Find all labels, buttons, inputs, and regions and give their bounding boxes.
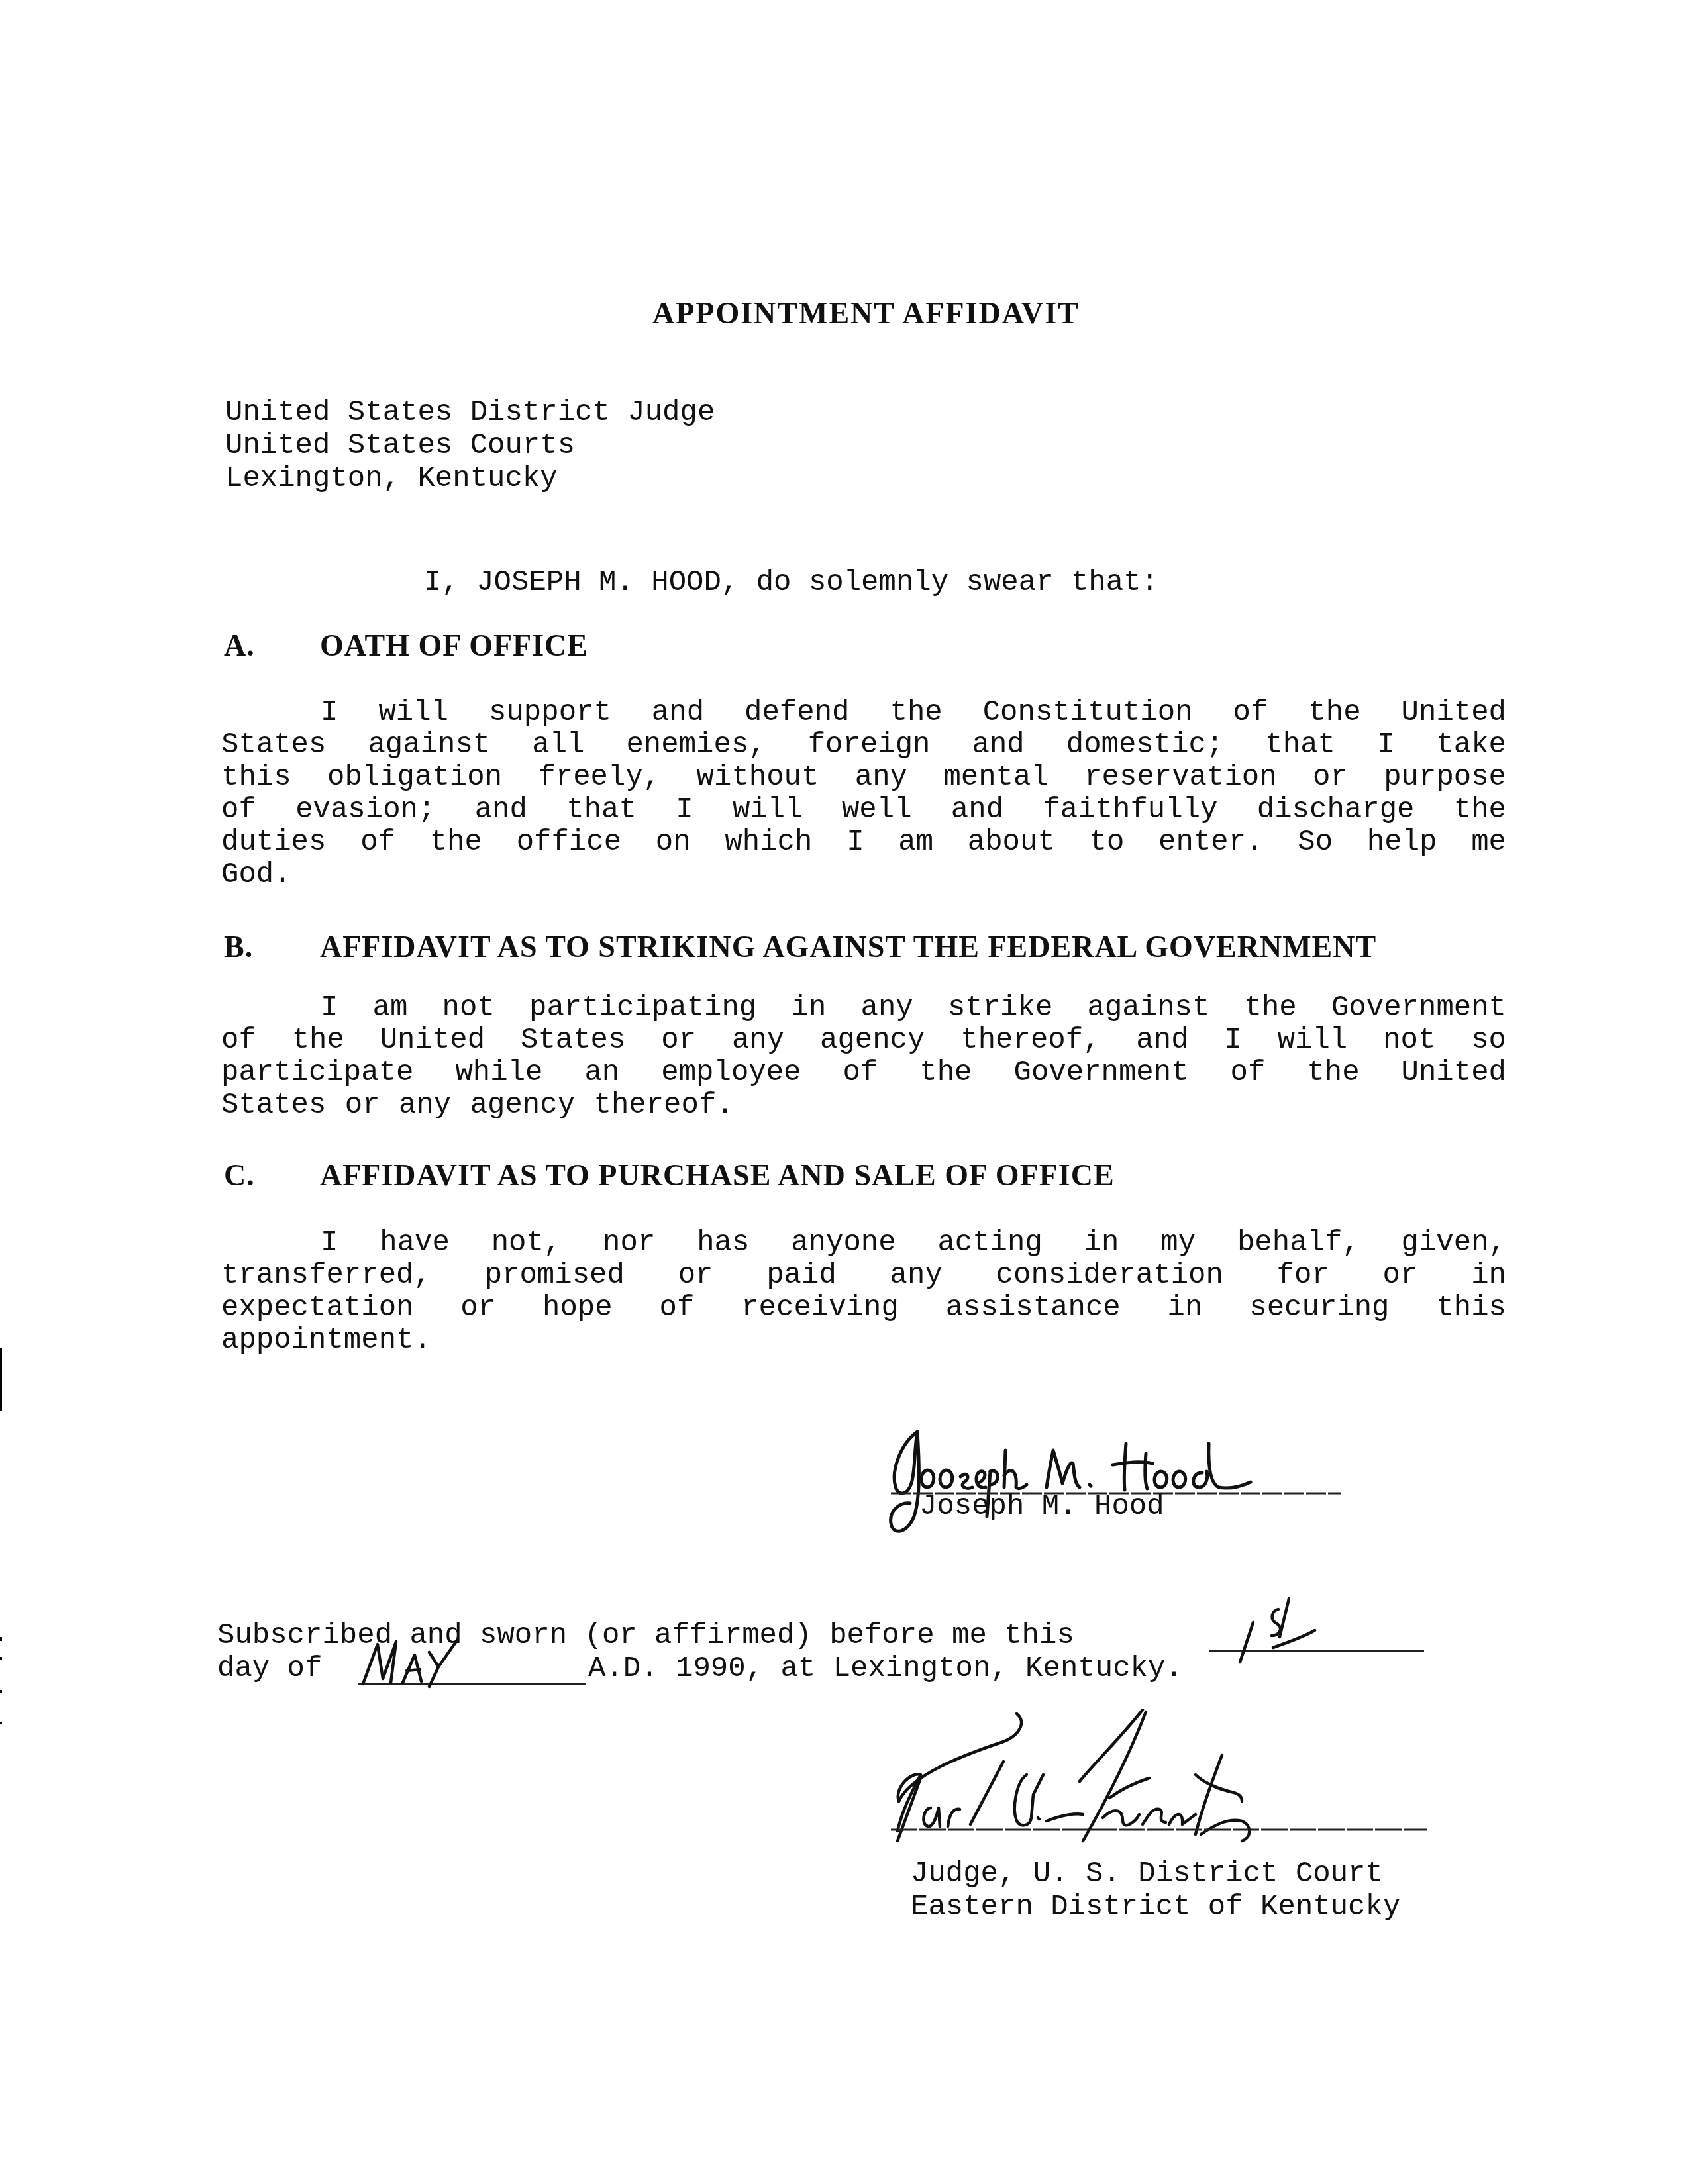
judge-handwritten-signature <box>884 1709 1454 1854</box>
paragraph-line: transferred, promised or paid any consid… <box>221 1260 1506 1292</box>
section-c-letter: C. <box>224 1159 255 1192</box>
address-line-2: United States Courts <box>225 429 575 462</box>
scan-artifact-bar <box>0 1384 2 1411</box>
affiant-printed-name: Joseph M. Hood <box>919 1490 1164 1523</box>
paragraph-line: of evasion; and that I will well and fai… <box>221 794 1506 826</box>
scan-artifact-bar <box>0 1348 2 1385</box>
section-b-paragraph: I am not participating in any strike aga… <box>221 992 1506 1122</box>
section-c-paragraph: I have not, nor has anyone acting in my … <box>221 1227 1506 1357</box>
jurat-line-2-prefix: day of <box>217 1652 322 1685</box>
paragraph-line: participate while an employee of the Gov… <box>221 1057 1506 1089</box>
paragraph-line: I will support and defend the Constituti… <box>221 697 1506 729</box>
paragraph-line: of the United States or any agency there… <box>221 1024 1506 1057</box>
paragraph-line: duties of the office on which I am about… <box>221 826 1506 859</box>
section-a-heading: OATH OF OFFICE <box>320 629 588 662</box>
judge-title-line-1: Judge, U. S. District Court <box>911 1858 1383 1891</box>
paragraph-line: God. <box>221 859 1506 891</box>
affidavit-page: APPOINTMENT AFFIDAVIT United States Dist… <box>0 0 1689 2184</box>
paragraph-line: expectation or hope of receiving assista… <box>221 1292 1506 1324</box>
paragraph-line: States against all enemies, foreign and … <box>221 729 1506 762</box>
affiant-handwritten-signature <box>888 1424 1351 1543</box>
scan-artifact-mark <box>0 1637 2 1641</box>
paragraph-line: I am not participating in any strike aga… <box>221 992 1506 1024</box>
address-line-1: United States District Judge <box>225 396 715 429</box>
paragraph-line: this obligation freely, without any ment… <box>221 762 1506 794</box>
address-line-3: Lexington, Kentucky <box>225 462 558 495</box>
scan-artifact-mark <box>0 1657 2 1660</box>
section-a-paragraph: I will support and defend the Constituti… <box>221 697 1506 891</box>
paragraph-line: appointment. <box>221 1324 1506 1357</box>
scan-artifact-mark <box>0 1722 2 1724</box>
section-b-letter: B. <box>224 930 253 964</box>
jurat-line-2-suffix: A.D. 1990, at Lexington, Kentucky. <box>588 1652 1183 1685</box>
section-b-heading: AFFIDAVIT AS TO STRIKING AGAINST THE FED… <box>320 930 1376 964</box>
document-title: APPOINTMENT AFFIDAVIT <box>652 297 1080 330</box>
section-c-heading: AFFIDAVIT AS TO PURCHASE AND SALE OF OFF… <box>320 1159 1115 1192</box>
paragraph-line: States or any agency thereof. <box>221 1089 1506 1122</box>
section-a-letter: A. <box>224 629 255 662</box>
paragraph-line: I have not, nor has anyone acting in my … <box>221 1227 1506 1260</box>
judge-title-line-2: Eastern District of Kentucky <box>911 1891 1400 1924</box>
handwritten-day-1st <box>1225 1596 1358 1669</box>
handwritten-month-may <box>358 1639 477 1689</box>
scan-artifact-mark <box>0 1690 2 1693</box>
jurat-line-1: Subscribed and sworn (or affirmed) befor… <box>217 1619 1074 1652</box>
oath-intro: I, JOSEPH M. HOOD, do solemnly swear tha… <box>424 566 1158 599</box>
